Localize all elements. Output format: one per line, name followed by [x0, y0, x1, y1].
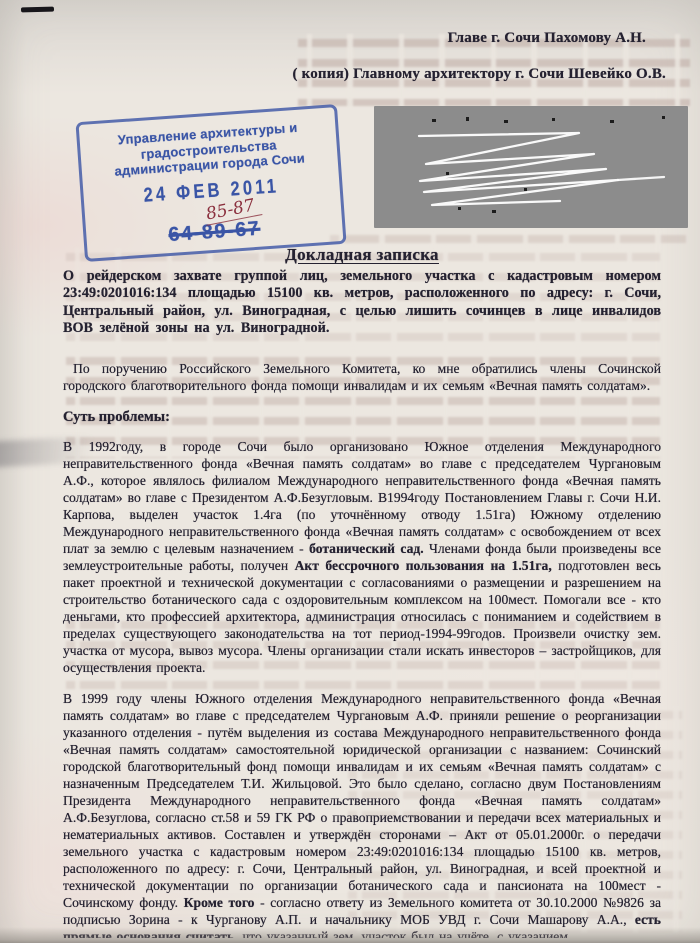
body-paragraph-1: В 1992году, в городе Сочи было организов…	[63, 438, 661, 676]
corner-pen-mark	[21, 7, 54, 13]
redaction-box	[374, 106, 688, 228]
section-heading: Суть проблемы:	[63, 409, 170, 426]
body-paragraph-2: В 1999 году члены Южного отделения Между…	[63, 690, 661, 938]
redaction-scribble	[374, 106, 688, 228]
intro-paragraph: По поручению Российского Земельного Коми…	[63, 360, 661, 394]
subject-paragraph: О рейдерском захвате группой лиц, земель…	[63, 268, 661, 337]
bottom-scan-shadow	[0, 927, 700, 943]
recipient-line-1: Главе г. Сочи Пахомову А.Н.	[448, 30, 666, 47]
recipient-line-2: ( копия) Главному архитектору г. Сочи Ше…	[292, 66, 666, 83]
official-stamp: Управление архитектуры и градостроительс…	[75, 104, 346, 261]
